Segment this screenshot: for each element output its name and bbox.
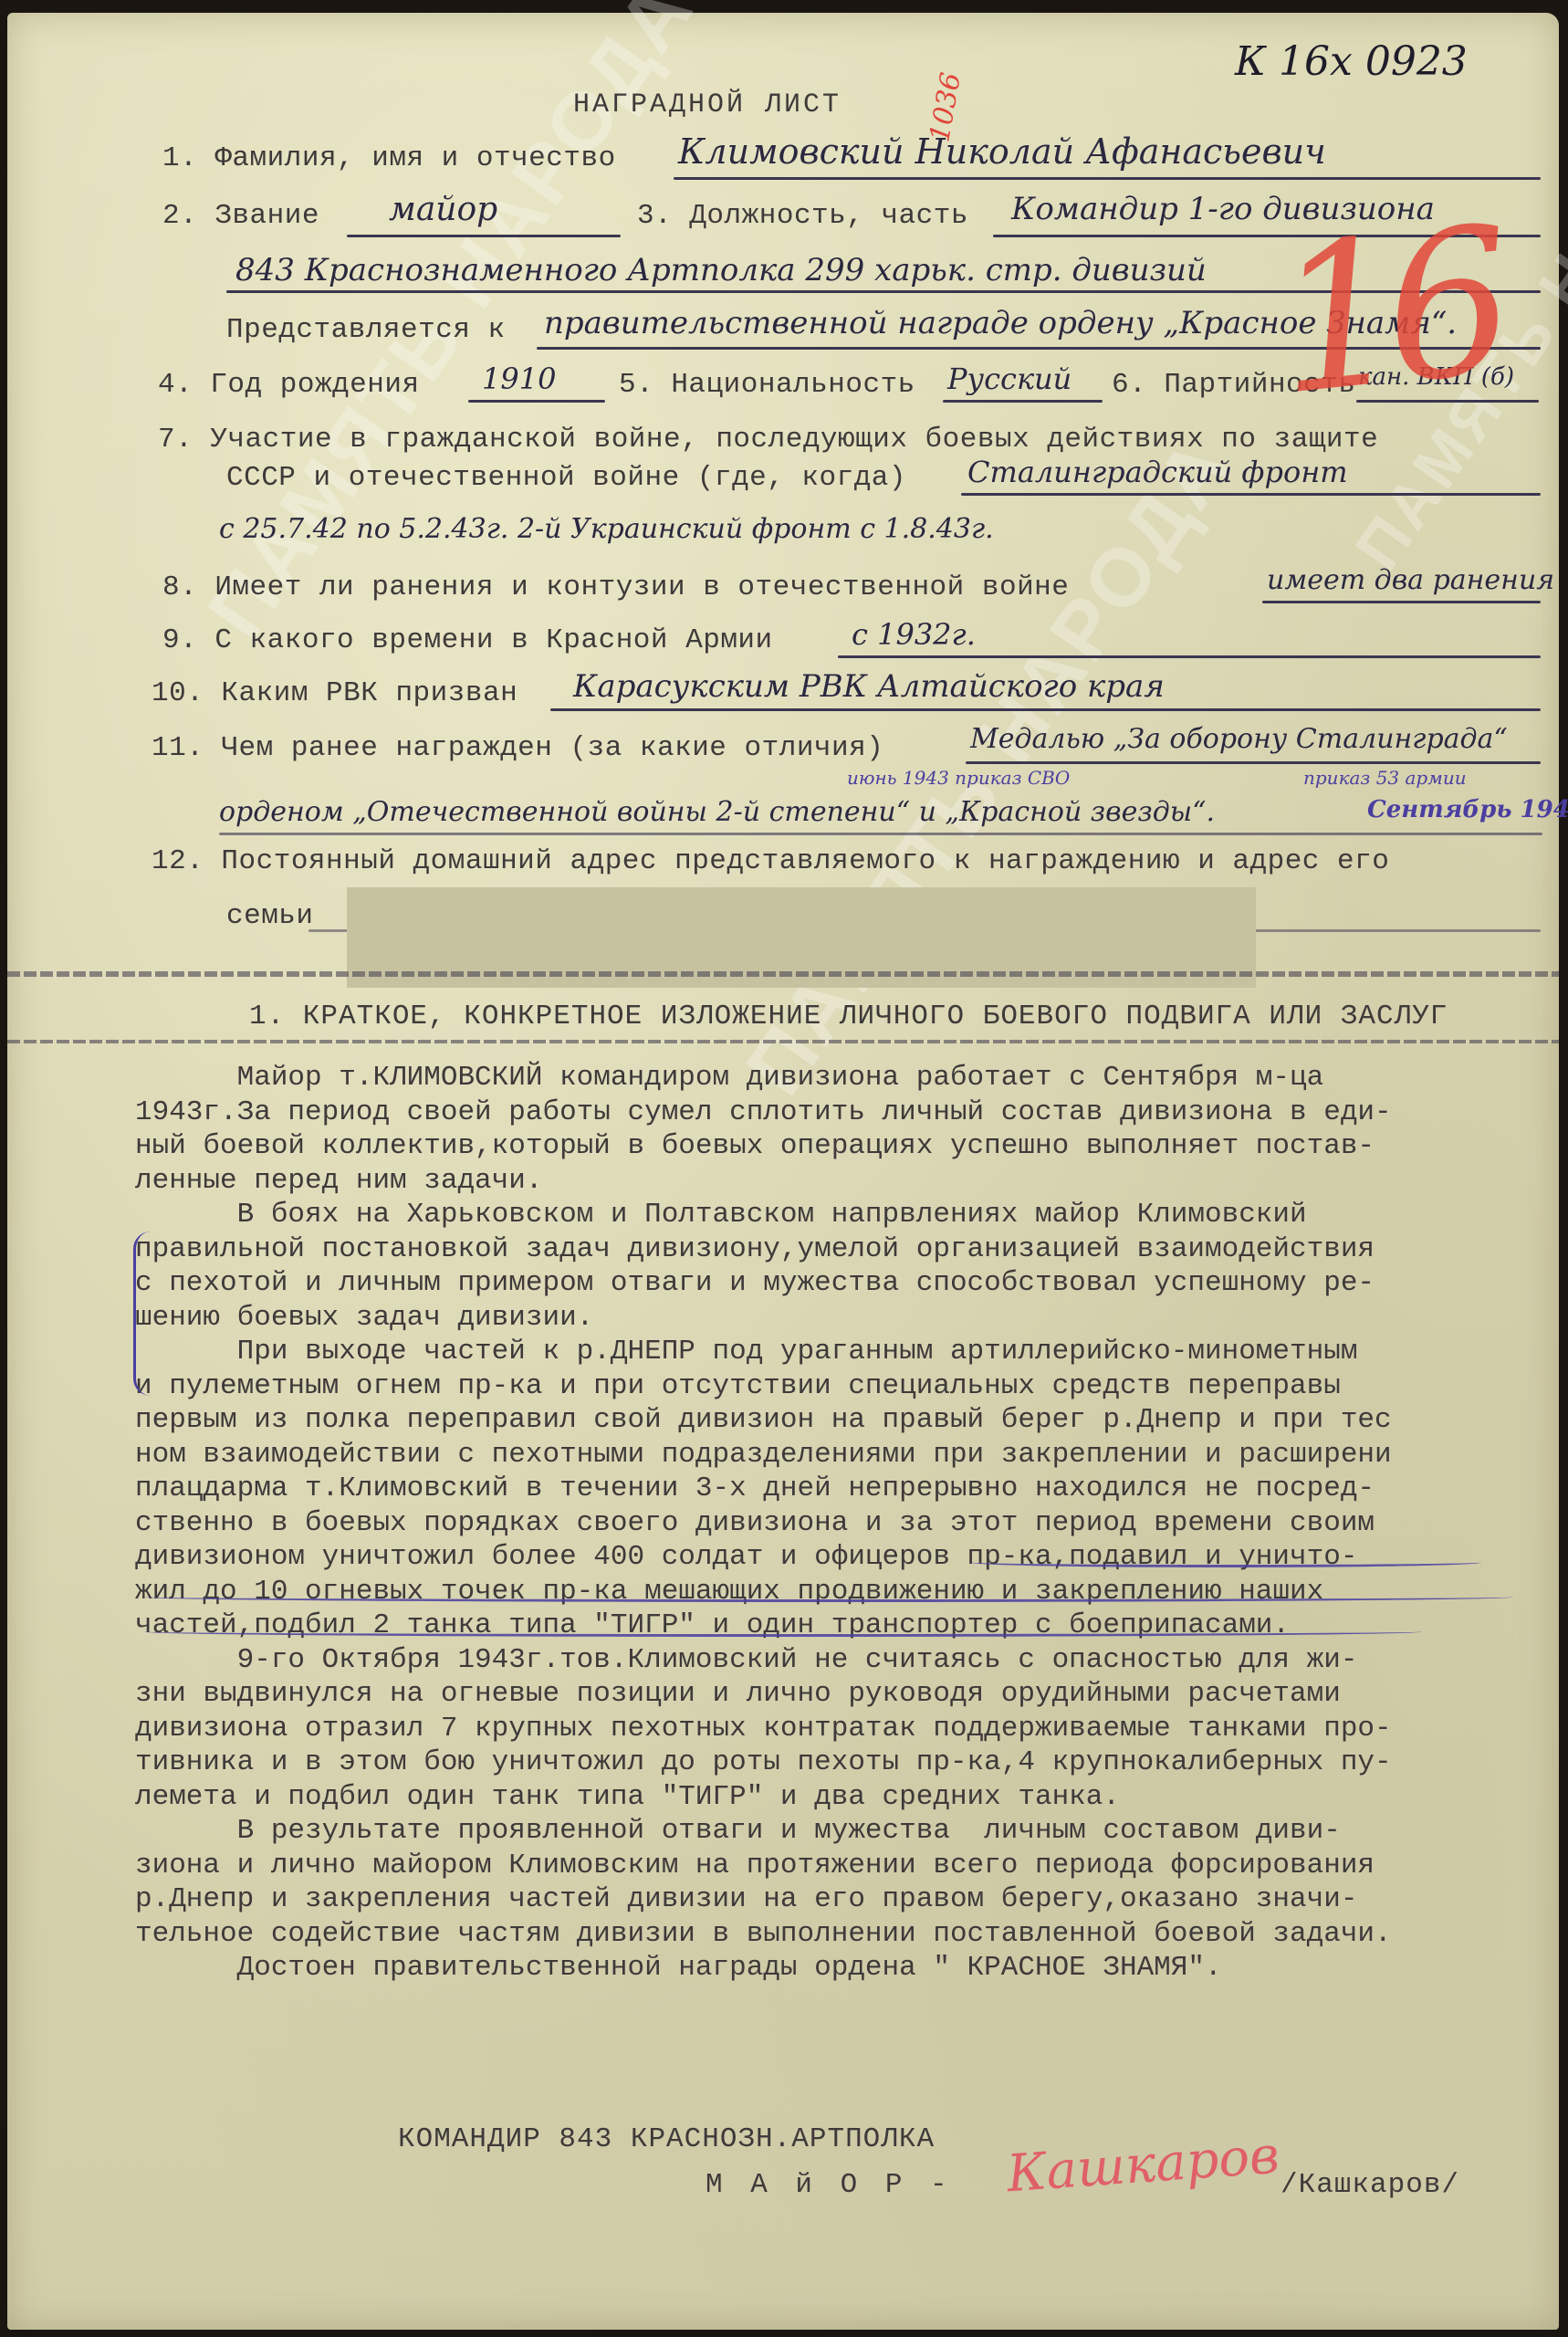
presented-label: Представляется к — [226, 314, 506, 346]
pencil-underline — [970, 1557, 1481, 1567]
underline — [550, 708, 1541, 711]
underline — [961, 493, 1541, 496]
signature-name: /Кашкаров/ — [1281, 2169, 1459, 2201]
field-1-label: 1. Фамилия, имя и отчество — [162, 142, 616, 174]
field-11-annotation-1: июнь 1943 приказ СВО — [847, 767, 1070, 789]
body-line: ный боевой коллектив,который в боевых оп… — [135, 1129, 1550, 1164]
archive-number: К 16х 0923 — [1235, 38, 1468, 85]
body-line: шению боевых задач дивизии. — [135, 1301, 1550, 1336]
field-2-label: 2. Звание — [162, 200, 319, 232]
body-line: В боях на Харьковском и Полтавском напрв… — [135, 1198, 1550, 1232]
underline — [838, 655, 1541, 658]
body-line: частей,подбил 2 танка типа "ТИГР" и один… — [135, 1609, 1550, 1643]
document-title: НАГРАДНОЙ ЛИСТ — [573, 89, 841, 121]
body-line: 1943г.За период своей работы сумел сплот… — [135, 1095, 1550, 1130]
field-10-label: 10. Каким РВК призван — [152, 677, 517, 709]
field-2-value: майор — [389, 191, 497, 228]
field-11-value-cont: орденом „Отечественной войны 2-й степени… — [219, 796, 1215, 828]
margin-bracket-mark — [133, 1231, 151, 1396]
dash-divider — [7, 971, 1559, 977]
body-line: В результате проявленной отваги и мужест… — [135, 1814, 1550, 1849]
underline — [347, 235, 621, 237]
section-title: 1. КРАТКОЕ, КОНКРЕТНОЕ ИЗЛОЖЕНИЕ ЛИЧНОГО… — [249, 1001, 1448, 1032]
body-line: ленные перед ним задачи. — [135, 1164, 1550, 1199]
field-7-label: 7. Участие в гражданской войне, последую… — [158, 424, 1378, 456]
dash-divider — [7, 1040, 1559, 1043]
field-7-value-cont: с 25.7.42 по 5.2.43г. 2-й Украинский фро… — [219, 513, 994, 545]
body-line: тельное содействие частям дивизии в выпо… — [135, 1917, 1550, 1952]
signature-rank: М А й О Р - — [706, 2169, 953, 2201]
body-line: При выходе частей к р.ДНЕПР под ураганны… — [135, 1335, 1550, 1369]
body-line: первым из полка переправил свой дивизион… — [135, 1403, 1550, 1438]
underline — [943, 400, 1103, 403]
field-7-label-cont: СССР и отечественной войне (где, когда) — [226, 462, 906, 494]
field-12-label-cont: семьи — [226, 900, 314, 932]
body-line: плацдарма т.Климовский в течении 3-х дне… — [135, 1472, 1550, 1506]
field-11-label: 11. Чем ранее награжден (за какие отличи… — [152, 732, 883, 764]
underline — [674, 177, 1541, 180]
body-line: зни выдвинулся на огневые позиции и личн… — [135, 1677, 1550, 1712]
field-9-label: 9. С какого времени в Красной Армии — [162, 624, 773, 656]
pencil-underline — [144, 1627, 1422, 1637]
merit-description: Майор т.КЛИМОВСКИЙ командиром дивизиона … — [135, 1061, 1550, 1986]
award-sheet-page: ПАМЯТЬ НАРОДА ПАМЯТЬ НАРОДА ПАМЯТЬ НАРОД… — [7, 13, 1559, 2330]
body-line: Достоен правительственной награды ордена… — [135, 1951, 1550, 1986]
body-line: дивизиона отразил 7 крупных пехотных кон… — [135, 1712, 1550, 1746]
underline — [1262, 601, 1541, 603]
field-9-value: с 1932г. — [852, 617, 976, 652]
underline — [468, 400, 605, 403]
underline — [219, 833, 1542, 835]
field-3-label: 3. Должность, часть — [637, 200, 968, 232]
body-line: и пулеметным огнем пр-ка и при отсутстви… — [135, 1369, 1550, 1404]
body-line: ственно в боевых порядках своего дивизио… — [135, 1506, 1550, 1541]
field-10-value: Карасукским РВК Алтайского края — [573, 668, 1165, 705]
field-4-label: 4. Год рождения — [158, 369, 420, 401]
body-line: Майор т.КЛИМОВСКИЙ командиром дивизиона … — [135, 1061, 1550, 1095]
red-pencil-mark: 16 — [1264, 184, 1506, 440]
body-line: с пехотой и личным примером отваги и муж… — [135, 1266, 1550, 1301]
pencil-underline — [144, 1592, 1513, 1602]
body-line: р.Днепр и закрепления частей дивизии на … — [135, 1882, 1550, 1917]
body-line: 9-го Октября 1943г.тов.Климовский не счи… — [135, 1643, 1550, 1678]
body-line: тивника и в этом бою уничтожил до роты п… — [135, 1745, 1550, 1780]
field-3-value-cont: 843 Краснознаменного Артполка 299 харьк.… — [235, 252, 1207, 288]
field-8-value: имеет два ранения — [1267, 564, 1554, 596]
body-line: правильной постановкой задач дивизиону,у… — [135, 1232, 1550, 1267]
underline — [966, 761, 1541, 764]
field-12-label: 12. Постоянный домашний адрес представля… — [152, 845, 1389, 877]
field-11-annotation-2: приказ 53 армии — [1303, 767, 1467, 789]
body-line: лемета и подбил один танк типа "ТИГР" и … — [135, 1780, 1550, 1815]
body-line: ном взаимодействии с пехотными подраздел… — [135, 1438, 1550, 1472]
field-5-value: Русский — [947, 362, 1071, 396]
field-8-label: 8. Имеет ли ранения и контузии в отечест… — [162, 571, 1069, 603]
field-11-value: Медалью „За оборону Сталинграда“ — [970, 723, 1508, 755]
signature-position: КОМАНДИР 843 КРАСНОЗН.АРТПОЛКА — [398, 2123, 935, 2155]
body-line: зиона и лично майором Климовским на прот… — [135, 1849, 1550, 1883]
field-1-value: Климовский Николай Афанасьевич — [678, 131, 1326, 172]
field-4-value: 1910 — [482, 362, 556, 396]
handwritten-signature: Кашкаров — [1005, 2126, 1281, 2205]
field-5-label: 5. Национальность — [619, 369, 915, 401]
field-7-value: Сталинградский фронт — [967, 455, 1348, 489]
field-11-annotation-3: Сентябрь 1943г. — [1367, 796, 1568, 823]
